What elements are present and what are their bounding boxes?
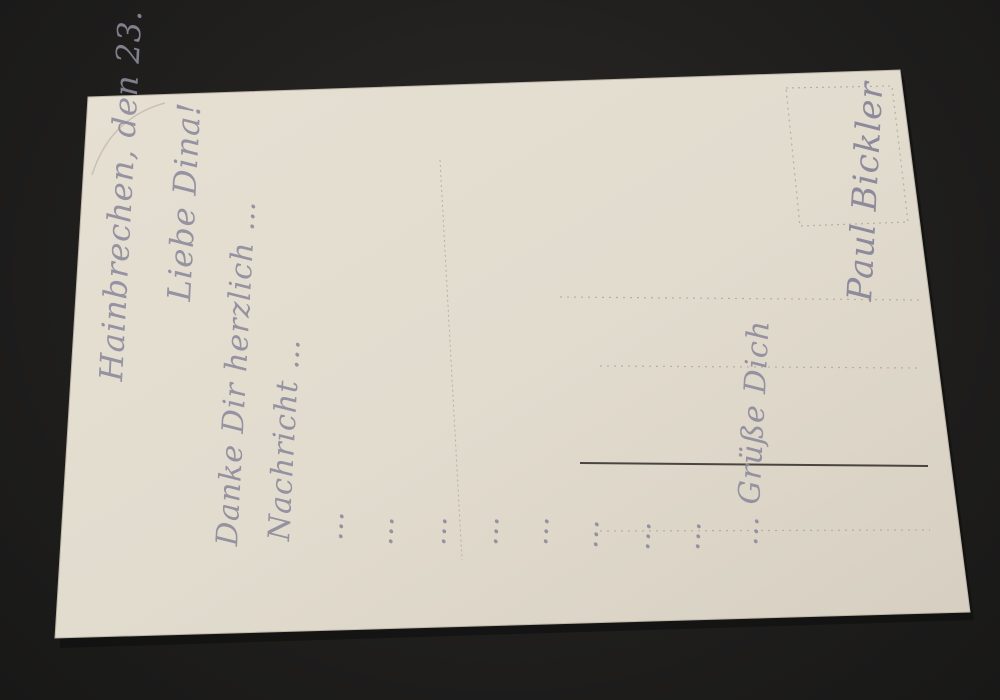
body-line: … <box>418 514 455 547</box>
body-line: … <box>672 519 709 552</box>
body-line: … <box>470 514 507 547</box>
body-line: … <box>570 517 607 550</box>
body-line: … <box>520 514 557 547</box>
body-line: … <box>622 519 659 552</box>
body-line: … <box>365 514 402 547</box>
postcard: Hainbrechen, den 23. III. 14. Liebe Dina… <box>0 0 1000 700</box>
body-line: … <box>315 509 352 542</box>
